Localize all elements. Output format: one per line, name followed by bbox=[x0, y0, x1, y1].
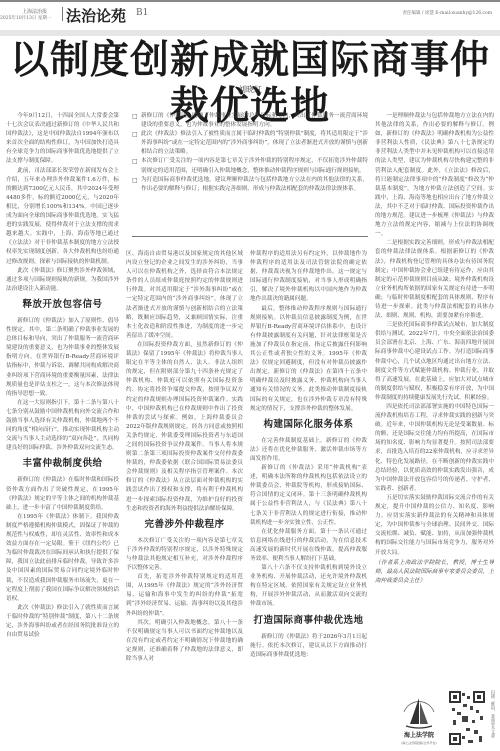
summary-item: □ 新修订的《仲裁法》明确了仲裁事业发展的总体目标和导向，突出了仲裁服务一流营商… bbox=[132, 112, 368, 130]
paragraph: 五是切实落实鼓励仲裁国际交流合作的有关规定，提升中国仲裁的公信力、知名度、影响力… bbox=[375, 494, 494, 558]
section-heading: 完善涉外仲裁程序 bbox=[126, 520, 243, 529]
paragraph: 在完善仲裁制度基础上，新修订的《仲裁法》还将在优化仲裁服务、激活仲裁市场等方面发… bbox=[250, 437, 367, 464]
paragraph: 在优化仲裁服务方面，第十一条认可通过信息网络在线进行的仲裁活动，为在信息技术高速… bbox=[250, 528, 367, 564]
paragraph: 此次《仲裁法》修订聚焦涉外仲裁领域，通过多项与国际规则接轨的新规，为我国涉外法治… bbox=[6, 267, 119, 294]
paragraph: 在1995年《仲裁法》体制下，我国仲裁制度严格遵循机构仲裁模式，固保证了仲裁的规… bbox=[6, 513, 119, 604]
section-heading: 丰富仲裁制度供给 bbox=[6, 459, 119, 468]
paragraph: 在这一大原则指引下，第十二条与第八十七条分别从鼓励中国仲裁机构向外交流合作和鼓励… bbox=[6, 399, 119, 454]
author-note: （作者系上海政法学院院长，教授，博士生导师，最高人民法院国际商事专家委员会委员，… bbox=[375, 559, 494, 586]
paragraph: 此前，司法部部长贺荣曾在新闻发布会上介绍，五年来办理涉外仲裁案件1.6万件，标的… bbox=[6, 167, 119, 267]
checkbox-square-icon: □ bbox=[132, 112, 141, 130]
editor-credit: 责任编辑 / 徐慧 E-mail:xuanhy@126.com bbox=[402, 10, 492, 16]
summary-item: □ 此次《仲裁法》修法引入了被性质而言属于临时仲裁的“特别仲裁”制度，将其适用限… bbox=[132, 130, 368, 157]
masthead: 上海法治报 2025年10月13日 星期一 法治论苑 B1 责任编辑 / 徐慧 … bbox=[0, 4, 500, 30]
column-3: 仲裁程序的适用法另有约定外，以仲裁地作为仲裁程序的适用法及司法管辖法院的确定依据… bbox=[250, 250, 367, 660]
paragraph: 一是理顺仲裁法与包括仲裁地方立法在内的其他法律的关系，作出必要的解释与修订。例如… bbox=[375, 112, 494, 239]
footer-logos: 海上法学院 (海上法学院国际合作平台) 扫描二维码，查阅更多文章 bbox=[398, 690, 498, 748]
paragraph: 在国际投资仲裁方面，虽然新修订的《仲裁法》保留了1995年《仲裁法》将仲裁当事人… bbox=[126, 341, 243, 514]
svg-text:海上法学院: 海上法学院 bbox=[404, 731, 434, 739]
summary-item: □ 为打造国际商事仲裁优选地，建议理顺仲裁法与包括仲裁地方立法在内的其他法律的关… bbox=[132, 176, 368, 194]
svg-text:(海上法学院国际合作平台): (海上法学院国际合作平台) bbox=[401, 740, 436, 745]
column-4: 一是理顺仲裁法与包括仲裁地方立法在内的其他法律的关系，作出必要的解释与修订。例如… bbox=[375, 112, 494, 586]
issue-date: 2025年10月13日 星期一 bbox=[0, 15, 51, 21]
paragraph: 此次《仲裁法》修法引入了就性质而言属于临时仲裁的“特别仲裁”制度，第八十二条规定… bbox=[6, 604, 119, 640]
paragraph: 今年9月12日，十四届全国人大常委会第十七次会议表决通过新修订的《中华人民共和国… bbox=[6, 112, 119, 167]
paragraph: 三是依托国际商事仲裁试点城市，加大制度供给与测试。2022年7月，中央全面依法治… bbox=[375, 321, 494, 403]
header-band bbox=[0, 30, 500, 36]
sailboat-emblem-icon: 海上法学院 (海上法学院国际合作平台) bbox=[398, 690, 440, 746]
section-name: 法治论苑 bbox=[66, 5, 126, 26]
paragraph: 最后，整体推动仲裁程序规则与国际通行规则接轨。以仲裁员信息披露制度为例，在世界银… bbox=[250, 305, 367, 414]
byline: 刘晓红 bbox=[0, 84, 500, 95]
paragraph: 四是依托司法部部署实施的中国特色国际一流仲裁机构培育工程，寻求仲裁实践的创新与突… bbox=[375, 403, 494, 494]
checkbox-square-icon: □ bbox=[132, 157, 141, 175]
paragraph: 新修订的《仲裁法》将于2026年3月1日起施行。依托本次修订，建议从以下方面推动… bbox=[250, 633, 367, 660]
paragraph: 本次修订广受关注的一项内容是第七章关于涉外仲裁的特别程序规定，以涉外特殊规定与仲… bbox=[126, 537, 243, 573]
paragraph: 其次，明确引入仲裁地概念。第八十一条不仅明确规定当事人可以书面约定仲裁地以及在没… bbox=[126, 619, 243, 664]
paragraph: 第八十六条不仅支持仲裁机构到境外设立业务机构、开展仲裁活动，还允许境外仲裁机构在… bbox=[250, 564, 367, 609]
checkbox-square-icon: □ bbox=[132, 176, 141, 194]
summary-box: □ 新修订的《仲裁法》明确了仲裁事业发展的总体目标和导向，突出了仲裁服务一流营商… bbox=[132, 112, 368, 194]
section-heading: 打造国际商事仲裁优选地 bbox=[250, 616, 367, 625]
paragraph: 新修订的《仲裁法》在临时仲裁和国际投资仲裁方面作出了突破性规定，在1995年《仲… bbox=[6, 476, 119, 512]
section-heading: 释放开放包容信号 bbox=[6, 300, 119, 309]
column-2: 区、海南自由贸易港以及国家规定的其他区域内设立登记的企业之间发生的涉外纠纷，当事… bbox=[126, 250, 243, 664]
paragraph: 区、海南自由贸易港以及国家规定的其他区域内设立登记的企业之间发生的涉外纠纷，当事… bbox=[126, 250, 243, 341]
top-rule bbox=[0, 0, 500, 2]
column-1: 今年9月12日，十四届全国人大常委会第十七次会议表决通过新修订的《中华人民共和国… bbox=[6, 112, 119, 640]
summary-item: □ 本次修订广受关注的一项内容是第七章关于涉外仲裁的特别程序规定，不仅拓宽涉外仲… bbox=[132, 157, 368, 175]
page-number: B1 bbox=[136, 8, 148, 18]
paragraph: 首先，拓宽涉外仲裁特别规定的适用范围，从1995年《仲裁法》规定的“涉外经济贸易… bbox=[126, 573, 243, 618]
masthead-divider bbox=[62, 7, 63, 21]
paragraph: 新修订的《仲裁法》加入了原则性、倡导性规定。其中，第二条明确了仲裁事业发展的总体… bbox=[6, 317, 119, 399]
qr-caption: 扫描二维码，查阅更多文章 bbox=[488, 690, 496, 738]
paper-name: 上海法治报 bbox=[22, 8, 47, 15]
summary-box-rule bbox=[132, 236, 368, 237]
paragraph: 仲裁程序的适用法另有约定外，以仲裁地作为仲裁程序的适用法及司法管辖法院的确定依据… bbox=[250, 250, 367, 305]
paragraph: 二是根据实践完善细则，形成与仲裁法相配套的仲裁法律法规体系。根据新修订的《仲裁法… bbox=[375, 239, 494, 321]
paragraph: 新修订的《仲裁法》采用“仲裁机构”表述，明确本法所称的仲裁机构包括依法设立的仲裁… bbox=[250, 464, 367, 528]
qr-code[interactable] bbox=[448, 690, 486, 746]
school-logo: 海上法学院 (海上法学院国际合作平台) bbox=[398, 690, 440, 746]
section-heading: 构建国际化服务体系 bbox=[250, 420, 367, 429]
checkbox-square-icon: □ bbox=[132, 130, 141, 157]
